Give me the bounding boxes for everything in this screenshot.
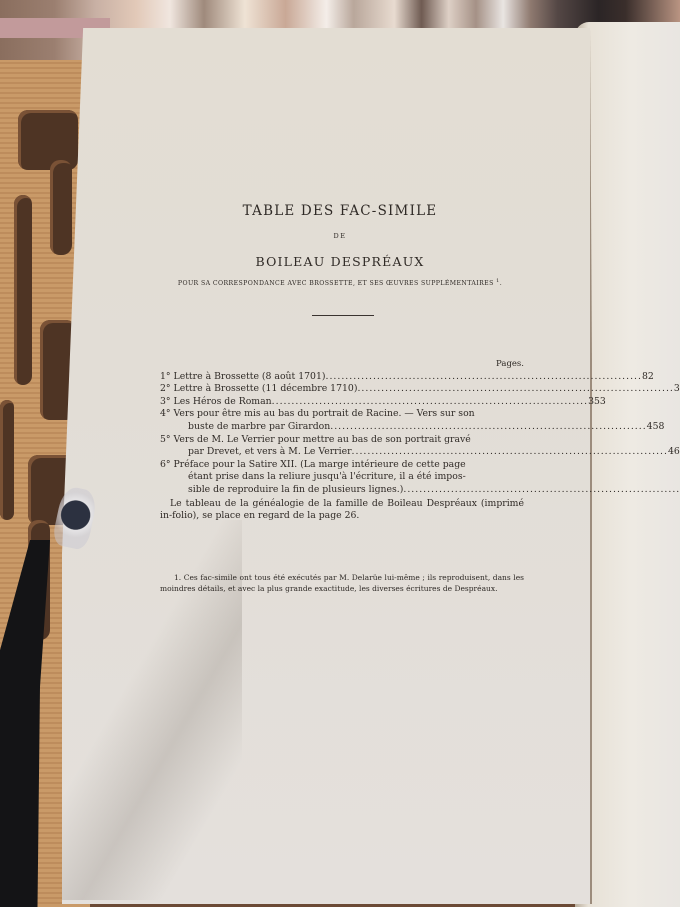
leader-dots: ........................................… [352,446,668,459]
toc-page-number: 322 [674,383,680,396]
toc-entry-text: 2° Lettre à Brossette (11 décembre 1710) [160,383,357,396]
toc-entry: 6° Préface pour la Satire XII. (La marge… [160,459,524,497]
leader-dots: ........................................… [403,484,680,497]
leader-dots: ........................................… [326,371,642,384]
subtitle-text: POUR SA CORRESPONDANCE AVEC BROSSETTE, E… [178,280,494,287]
toc-entry-text: 4° Vers pour être mis au bas du portrait… [160,408,475,421]
footnote: 1. Ces fac-simile ont tous été exécutés … [160,572,524,594]
toc-entry-text: par Drevet, et vers à M. Le Verrier [188,446,352,459]
lattice-slot [14,195,32,385]
pages-column-header: Pages. [160,358,524,371]
divider-rule [312,315,374,316]
page-subtitle: POUR SA CORRESPONDANCE AVEC BROSSETTE, E… [150,278,530,287]
leader-dots: ........................................… [272,396,588,409]
toc-page-number: 458 [647,421,665,434]
toc-page-number: 460 [668,446,680,459]
lattice-slot [0,400,14,520]
page-title: TABLE DES FAC-SIMILE [150,203,530,219]
toc-entry: 1° Lettre à Brossette (8 août 1701).....… [160,371,524,384]
toc-entry-text: étant prise dans la reliure jusqu'à l'éc… [188,471,466,484]
toc-entry-text: sible de reproduire la fin de plusieurs … [188,484,403,497]
toc-entry: 5° Vers de M. Le Verrier pour mettre au … [160,434,524,459]
lattice-slot [50,160,72,255]
toc-entry-text: 3° Les Héros de Roman [160,396,272,409]
toc-entry-text: buste de marbre par Girardon [188,421,330,434]
lattice-slot [18,110,78,170]
toc-entry: 4° Vers pour être mis au bas du portrait… [160,408,524,433]
genealogy-note: Le tableau de la généalogie de la famill… [160,498,524,523]
toc-page-number: 82 [642,371,654,384]
toc-entry-text: 6° Préface pour la Satire XII. (La marge… [160,459,466,472]
toc-entry: 3° Les Héros de Roman...................… [160,396,524,409]
toc-page-number: 353 [588,396,606,409]
toc-entry-text: 1° Lettre à Brossette (8 août 1701) [160,371,326,384]
toc-entry: 2° Lettre à Brossette (11 décembre 1710)… [160,383,524,396]
toc-entry-text: 5° Vers de M. Le Verrier pour mettre au … [160,434,471,447]
footnote-ref: 1 [496,278,500,284]
leader-dots: ........................................… [357,383,673,396]
table-of-contents: Pages. 1° Lettre à Brossette (8 août 170… [160,358,524,523]
title-connector: DE [150,232,530,240]
leader-dots: ........................................… [330,421,646,434]
author-name: BOILEAU DESPRÉAUX [150,254,530,269]
